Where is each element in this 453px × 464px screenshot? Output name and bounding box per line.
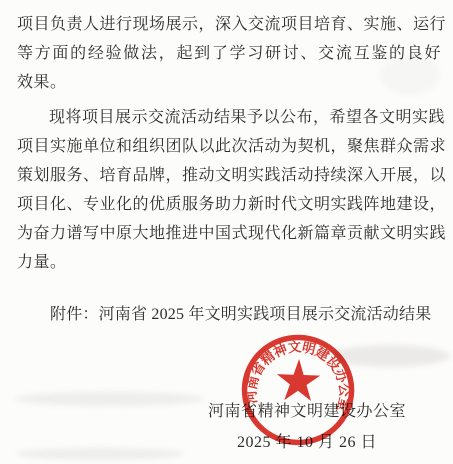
scan-artifact: [15, 448, 185, 460]
body-text-line: 项目负责人进行现场展示，深入交流项目培育、实施、运行: [17, 10, 441, 39]
issuing-office: 河南省精神文明建设办公室: [207, 398, 407, 421]
star-icon: [276, 358, 321, 401]
body-text-line: 为奋力谱写中原大地推进中国式现代化新篇章贡献文明实践: [17, 219, 441, 248]
attachment-line: 附件：河南省 2025 年文明实践项目展示交流活动结果: [50, 301, 431, 324]
body-text-line: 项目实施单位和组织团队以此次活动为契机，聚焦群众需求: [17, 132, 441, 161]
body-text-line: 现将项目展示交流活动结果予以公布，希望各文明实践: [17, 103, 441, 132]
scan-artifact: [15, 392, 205, 406]
scan-artifact: [330, 345, 450, 367]
document-body: 项目负责人进行现场展示，深入交流项目培育、实施、运行 等方面的经验做法，起到了学…: [17, 10, 441, 277]
body-text-line: 项目化、专业化的优质服务助力新时代文明实践阵地建设，: [17, 190, 441, 219]
signature-block: 河南省精神文明建设办公室 2025 年 10 月 26 日: [207, 398, 407, 452]
issue-date: 2025 年 10 月 26 日: [207, 429, 407, 452]
body-text-line: 效果。: [17, 68, 441, 97]
body-text-line: 等方面的经验做法，起到了学习研讨、交流互鉴的良好: [17, 39, 441, 68]
body-text-line: 力量。: [17, 248, 441, 277]
body-text-line: 策划服务、培育品牌，推动文明实践活动持续深入开展，以: [17, 161, 441, 190]
document-page: 项目负责人进行现场展示，深入交流项目培育、实施、运行 等方面的经验做法，起到了学…: [0, 0, 453, 464]
